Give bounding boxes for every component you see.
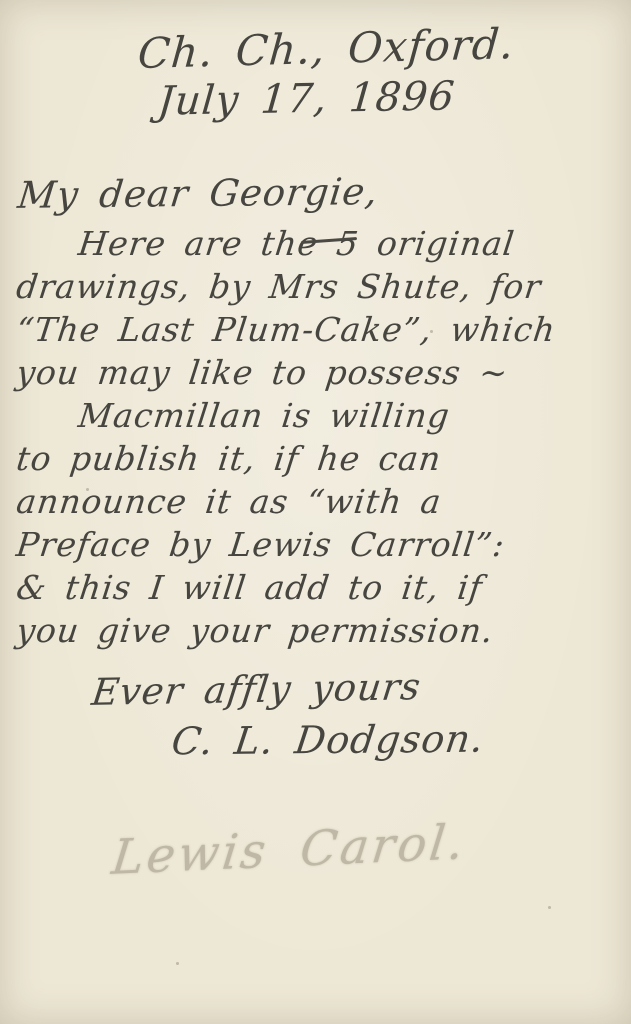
- letter-line: you give your permission.: [14, 609, 623, 652]
- letter-line: to publish it, if he can: [14, 437, 623, 480]
- paper-speckle: [548, 906, 551, 909]
- letter-body: Here are the 5 original drawings, by Mrs…: [14, 222, 618, 652]
- letter-paper: Ch. Ch., Oxford. July 17, 1896 My dear G…: [0, 0, 631, 1024]
- dateline-location: Ch. Ch., Oxford.: [136, 19, 516, 78]
- closing-valediction: Ever affly yours: [89, 665, 423, 714]
- dateline-date: July 17, 1896: [156, 73, 457, 124]
- letter-line: you may like to possess ∼: [14, 351, 623, 394]
- paper-speckle: [86, 488, 89, 491]
- letter-line: Macmillan is willing: [14, 394, 623, 437]
- letter-line: Here are the 5 original: [14, 222, 623, 265]
- signature: C. L. Dodgson.: [169, 717, 487, 764]
- letter-line: Preface by Lewis Carroll”:: [14, 523, 623, 566]
- paper-speckle: [430, 330, 433, 333]
- letter-line: announce it as “with a: [14, 480, 623, 523]
- letter-line: & this I will add to it, if: [14, 566, 623, 609]
- paper-speckle: [176, 962, 179, 965]
- pencil-annotation: Lewis Carol.: [109, 814, 469, 886]
- letter-line: “The Last Plum-Cake”, which: [14, 308, 623, 351]
- letter-line: drawings, by Mrs Shute, for: [14, 265, 623, 308]
- salutation: My dear Georgie,: [16, 170, 381, 217]
